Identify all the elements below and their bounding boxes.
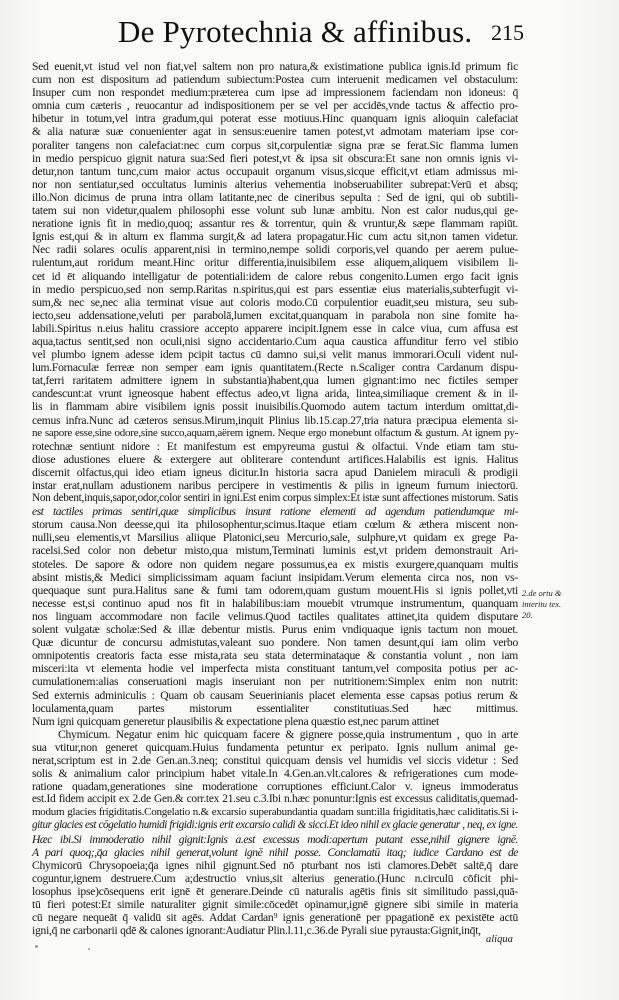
text-line: racelsi.Sed color non debetur misto,qua … — [32, 544, 518, 557]
text-line: modum glacies frigiditatis.Congelatio n.… — [32, 806, 518, 819]
text-line: iecto,seu addensatione,veluti per parabo… — [32, 309, 518, 322]
text-line: lum.Fornaculæ ferreæ non semper eam igni… — [32, 361, 518, 374]
text-line: solent vulgatæ scholæ:Sed & illæ debentu… — [32, 623, 518, 636]
text-line: stoteles. De sapore & odore non quidem n… — [32, 558, 518, 571]
page-number: 215 — [491, 20, 524, 46]
text-line: Non debent,inquis,sapor,odor,color senti… — [32, 492, 518, 505]
text-line: lis in flammam abire visibilem ignis pos… — [32, 400, 518, 413]
text-line: misceri:ita vt elementa hodie vel imperf… — [32, 662, 518, 675]
text-line: illo.Non dicimus de pruna intra ollam la… — [32, 191, 518, 204]
text-line: rotechnæ sentiunt nidore : Et manifestum… — [32, 440, 518, 453]
text-line: cū negare nequeāt q̄ validū sit agēs. Ad… — [32, 911, 518, 924]
text-line: cumulationem:alias conseruationi magis i… — [32, 675, 518, 688]
text-line: tat,ferri raritatem admittere ignem in s… — [32, 374, 518, 387]
text-line: rulentum,aut roridum meant.Hinc oritur d… — [32, 256, 518, 269]
text-line: est.Id fidem accipit ex 2.de Gen.& corr.… — [32, 793, 518, 806]
text-line: in medio perspicuo,sed non semp.Raritas … — [32, 283, 518, 296]
text-line: nos linguam accommodare non facile velim… — [32, 610, 518, 623]
text-line: aqua,tactus sentit,sed non oculi,nisi si… — [32, 335, 518, 348]
text-line: cemus infra.Nunc ad cæteros sensus.Mirum… — [32, 414, 518, 427]
text-line: ratione quadam,generationes sine moderat… — [32, 780, 518, 793]
text-line: instar erat,nullam adustionem naribus pe… — [32, 479, 518, 492]
text-line: igni,q̄ ne carbonarii qdē & calones igno… — [32, 924, 518, 937]
text-line: necesse est,si continuo apud nos fit in … — [32, 597, 518, 610]
marginal-note-line: interitu tex. — [522, 599, 602, 610]
text-line: cet id ēt aliquando intelligatur de pote… — [32, 270, 518, 283]
text-line: Sed externis adminiculis : Quam ob causa… — [32, 689, 518, 702]
text-line: sua vtitur,non generet quicquam.Huius fu… — [32, 741, 518, 754]
text-line: neratione ignis fit in medio,quoq; assan… — [32, 217, 518, 230]
text-line: Sed euenit,vt istud vel non fiat,vel sal… — [32, 60, 518, 73]
running-title: De Pyrotechnia & affinibus. — [118, 14, 472, 50]
text-line: diose adustiones eluere & extergere aut … — [32, 453, 518, 466]
text-line: absint mistis,& Medici simplicissimam aq… — [32, 571, 518, 584]
text-line: ne sapore esse,sine odore,sine succo,aqu… — [32, 427, 518, 440]
text-line: candescunt:at vrunt igneosque habent eff… — [32, 387, 518, 400]
text-line: sum,& nec se,nec alia terminat visue aut… — [32, 296, 518, 309]
text-line: poraliter tangens non calefaciat:nec cum… — [32, 139, 518, 152]
text-line: Chymicum. Negatur enim hic quicquam face… — [32, 728, 518, 741]
text-line: detur,non tantum tunc,cum maior actus oc… — [32, 165, 518, 178]
marginal-note: 2.de ortu & interitu tex. 20. — [522, 588, 602, 621]
text-line: Hæc ibi.Si immoderatio nihil gignit:Igni… — [32, 833, 518, 846]
text-line: est tactiles primas sentiri,quæ simplici… — [32, 505, 518, 518]
marginal-note-line: 2.de ortu & — [522, 588, 602, 599]
text-line: cum non est dispositum ad patiendum subi… — [32, 73, 518, 86]
text-line: A pari quoq;,q̄a glacies nihil generat,v… — [32, 846, 518, 859]
catchword: aliqua — [486, 934, 513, 945]
text-line: loculamenta,quam partes mistorum essenti… — [32, 702, 518, 715]
text-line: storum causa.Non deesse,qui ita philosop… — [32, 518, 518, 531]
print-speck — [88, 948, 90, 950]
text-line: tū fieri potest:Et simile naturaliter gi… — [32, 898, 518, 911]
text-line: in medio perspicuo gignit natura sua:Sed… — [32, 152, 518, 165]
text-line: omnipotentis creatoris facta esse mista,… — [32, 649, 518, 662]
print-speck — [35, 945, 38, 948]
text-line: nerat,scriptum est in 2.de Gen.an.3.neq;… — [32, 754, 518, 767]
text-line: Quæ dicuntur de concursu admistutas,vale… — [32, 636, 518, 649]
text-line: quequaque sunt pura.Halitus sane & fumi … — [32, 584, 518, 597]
book-page: De Pyrotechnia & affinibus. 215 Sed euen… — [0, 0, 619, 1000]
text-line: discernit olfactus,qui ideo etiam igneus… — [32, 466, 518, 479]
text-line: losophus ipse)cōsequens erit ignē ēt gen… — [32, 885, 518, 898]
text-line: labili.Spiritus n.eius halitu crassiore … — [32, 322, 518, 335]
text-line: solis & animalium calor principium habet… — [32, 767, 518, 780]
body-text: Sed euenit,vt istud vel non fiat,vel sal… — [32, 60, 518, 937]
text-line: omnia cum cæteris , reuocantur ad indisp… — [32, 99, 518, 112]
text-line: Nec radii solares oculis apparent,nisi i… — [32, 243, 518, 256]
text-line: gitur glacies est cōgelatio humidi frigi… — [32, 819, 518, 832]
text-line: Chymicorū Chrysopoeia;q̄a ignes nihil gi… — [32, 859, 518, 872]
page-header: De Pyrotechnia & affinibus. 215 — [0, 14, 619, 54]
text-line: nor non sentiatur,sed occultatus luminis… — [32, 178, 518, 191]
text-line: Ignis est,qui & in altum ex flamma surgi… — [32, 230, 518, 243]
text-line: Num igni quicquam generetur plausibilis … — [32, 715, 518, 728]
text-line: coguntur,ignem destruere.Cum a;destructi… — [32, 872, 518, 885]
text-line: hibetur in totum,vel intra gradum,qui po… — [32, 112, 518, 125]
text-line: vel plumbo ignem adesse idem pcipit tact… — [32, 348, 518, 361]
marginal-note-line: 20. — [522, 610, 602, 621]
text-line: tatem sui non videtur,qualem philosophi … — [32, 204, 518, 217]
text-line: nulli,seu elementis,vt Marsilius aliique… — [32, 531, 518, 544]
text-line: & alia naturæ suæ conuenienter agat in s… — [32, 125, 518, 138]
text-line: Insuper cum non respondet medium:prætere… — [32, 86, 518, 99]
